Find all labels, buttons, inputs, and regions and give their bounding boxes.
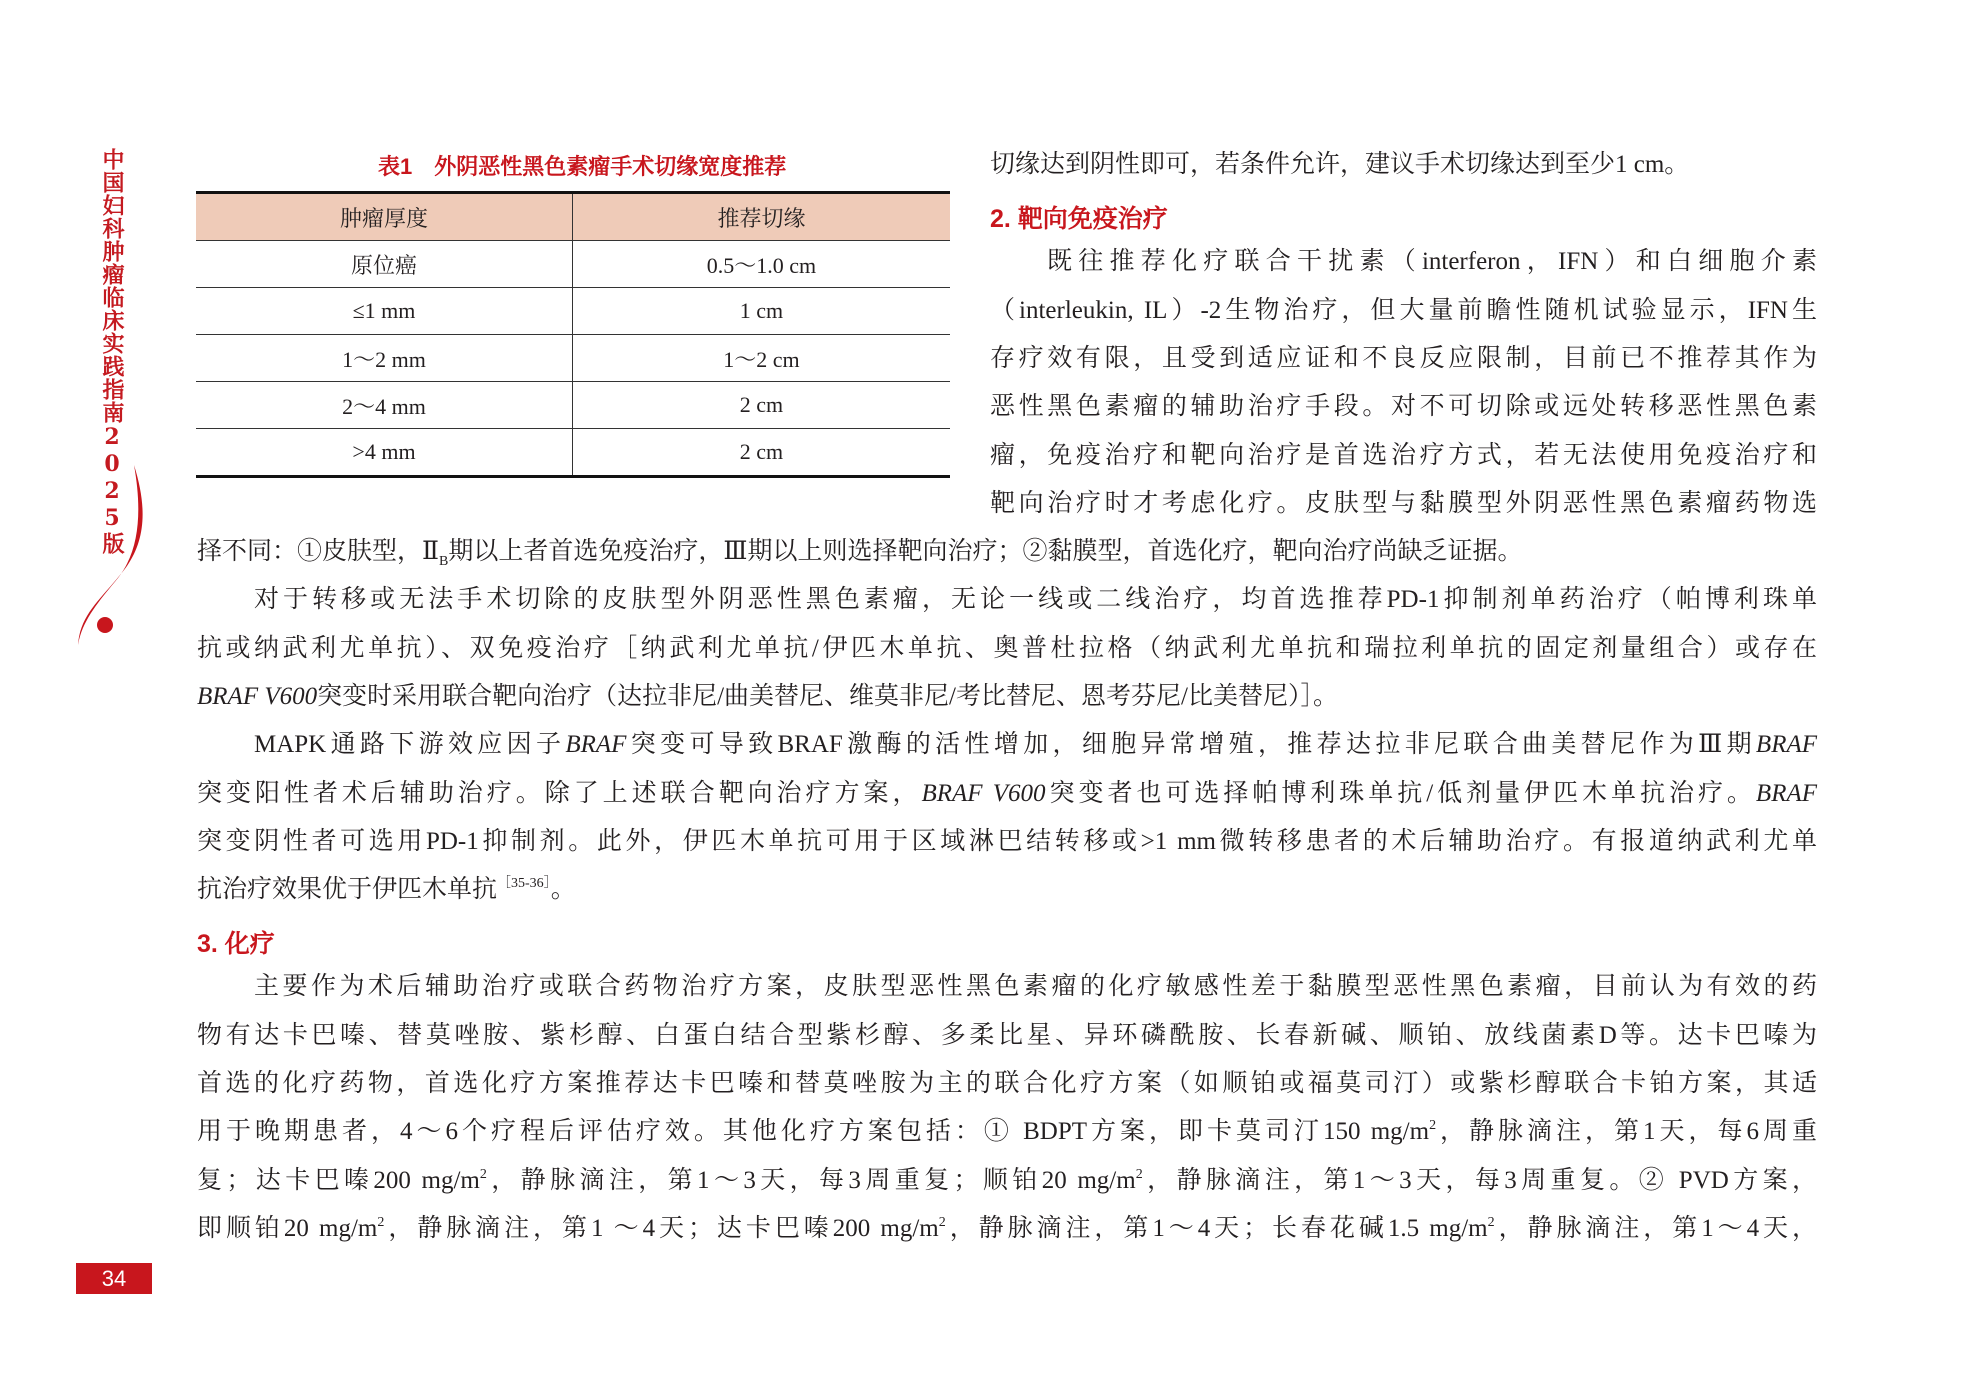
superscript: 2 bbox=[480, 1167, 487, 1182]
gene-name: BRAF V600 bbox=[921, 780, 1045, 807]
table-cell: 2 cm bbox=[573, 429, 951, 477]
body-line: 即顺铂20 mg/m2，静脉滴注，第1 ～4天；达卡巴嗪200 mg/m2，静脉… bbox=[197, 1214, 1817, 1244]
page-number-badge: 34 bbox=[76, 1263, 152, 1294]
text-run: ，静脉滴注，第1～3天，每3周重复。② PVD方案， bbox=[1143, 1167, 1817, 1194]
text-run: 即顺铂20 mg/m bbox=[197, 1215, 377, 1242]
body-line: 用于晚期患者，4～6个疗程后评估疗效。其他化疗方案包括：① BDPT方案，即卡莫… bbox=[197, 1117, 1817, 1147]
table-row: >4 mm2 cm bbox=[196, 429, 950, 477]
superscript: 2 bbox=[1136, 1167, 1143, 1182]
table-cell: 2～4 mm bbox=[196, 382, 573, 429]
body-line: 存疗效有限，且受到适应证和不良反应限制，目前已不推荐其作为 bbox=[990, 344, 1817, 374]
table-caption: 表1 外阴恶性黑色素瘤手术切缘宽度推荐 bbox=[378, 150, 828, 181]
text-run: 抗治疗效果优于伊匹木单抗 bbox=[197, 876, 497, 903]
text-run: 用于晚期患者，4～6个疗程后评估疗效。其他化疗方案包括：① BDPT方案，即卡莫… bbox=[197, 1118, 1429, 1145]
table-cell: 1 cm bbox=[573, 288, 951, 335]
decorative-curve-icon bbox=[60, 450, 160, 650]
body-line: 突变阴性者可选用PD-1抑制剂。此外，伊匹木单抗可用于区域淋巴结转移或>1 mm… bbox=[197, 827, 1817, 857]
body-line: 瘤，免疫治疗和靶向治疗是首选治疗方式，若无法使用免疫治疗和 bbox=[990, 441, 1817, 471]
text-run: MAPK通路下游效应因子 bbox=[254, 731, 565, 758]
table-row: 1～2 mm1～2 cm bbox=[196, 335, 950, 382]
text-run: 期以上者首选免疫治疗，Ⅲ期以上则选择靶向治疗；②黏膜型，首选化疗，靶向治疗尚缺乏… bbox=[448, 538, 1522, 565]
body-line: （interleukin, IL）-2生物治疗，但大量前瞻性随机试验显示，IFN… bbox=[990, 296, 1817, 326]
table-row: 2～4 mm2 cm bbox=[196, 382, 950, 429]
body-line: 对于转移或无法手术切除的皮肤型外阴恶性黑色素瘤，无论一线或二线治疗，均首选推荐P… bbox=[254, 585, 1817, 615]
body-line: 主要作为术后辅助治疗或联合药物治疗方案，皮肤型恶性黑色素瘤的化疗敏感性差于黏膜型… bbox=[254, 972, 1817, 1002]
gene-name: BRAF V600 bbox=[197, 683, 317, 710]
superscript: 2 bbox=[1488, 1215, 1495, 1230]
superscript: 2 bbox=[377, 1215, 384, 1230]
text-run: ，静脉滴注，第1 ～4天；达卡巴嗪200 mg/m bbox=[384, 1215, 938, 1242]
section-heading-targeted-immunotherapy: 2. 靶向免疫治疗 bbox=[990, 199, 1168, 235]
section-heading-chemotherapy: 3. 化疗 bbox=[197, 924, 275, 960]
superscript: 2 bbox=[1429, 1118, 1436, 1133]
text-run: 择不同：①皮肤型，Ⅱ bbox=[197, 538, 439, 565]
surgical-margin-table: 肿瘤厚度 推荐切缘 原位癌0.5～1.0 cm ≤1 mm1 cm 1～2 mm… bbox=[196, 191, 950, 478]
body-line: 切缘达到阴性即可，若条件允许，建议手术切缘达到至少1 cm。 bbox=[990, 150, 1689, 180]
body-line: 恶性黑色素瘤的辅助治疗手段。对不可切除或远处转移恶性黑色素 bbox=[990, 392, 1817, 422]
table-cell: 原位癌 bbox=[196, 241, 573, 288]
body-line: MAPK通路下游效应因子BRAF突变可导致BRAF激酶的活性增加，细胞异常增殖，… bbox=[254, 730, 1817, 760]
gene-name: BRAF bbox=[1756, 780, 1817, 807]
text-run: ，静脉滴注，第1～4天；长春花碱1.5 mg/m bbox=[946, 1215, 1488, 1242]
body-line: 既往推荐化疗联合干扰素（interferon，IFN）和白细胞介素 bbox=[1047, 247, 1817, 277]
text-run: 复；达卡巴嗪200 mg/m bbox=[197, 1167, 480, 1194]
body-line: BRAF V600突变时采用联合靶向治疗（达拉非尼/曲美替尼、维莫非尼/考比替尼… bbox=[197, 682, 1338, 712]
subscript: B bbox=[439, 554, 448, 569]
body-line: 物有达卡巴嗪、替莫唑胺、紫杉醇、白蛋白结合型紫杉醇、多柔比星、异环磷酰胺、长春新… bbox=[197, 1021, 1817, 1051]
text-run: 。 bbox=[551, 876, 576, 903]
table-cell: 1～2 mm bbox=[196, 335, 573, 382]
table-cell: 0.5～1.0 cm bbox=[573, 241, 951, 288]
text-run: 突变可导致BRAF激酶的活性增加，细胞异常增殖，推荐达拉非尼联合曲美替尼作为Ⅲ期 bbox=[626, 731, 1755, 758]
text-run: 突变阳性者术后辅助治疗。除了上述联合靶向治疗方案， bbox=[197, 780, 921, 807]
gene-name: BRAF bbox=[565, 731, 626, 758]
body-line: 择不同：①皮肤型，ⅡB期以上者首选免疫治疗，Ⅲ期以上则选择靶向治疗；②黏膜型，首… bbox=[197, 537, 1522, 577]
table-cell: >4 mm bbox=[196, 429, 573, 477]
table-cell: 1～2 cm bbox=[573, 335, 951, 382]
table-cell: 2 cm bbox=[573, 382, 951, 429]
gene-name: BRAF bbox=[1756, 731, 1817, 758]
body-line: 靶向治疗时才考虑化疗。皮肤型与黏膜型外阴恶性黑色素瘤药物选 bbox=[990, 489, 1817, 519]
text-run: ，静脉滴注，第1天，每6周重 bbox=[1436, 1118, 1817, 1145]
superscript: 2 bbox=[939, 1215, 946, 1230]
body-line: 首选的化疗药物，首选化疗方案推荐达卡巴嗪和替莫唑胺为主的联合化疗方案（如顺铂或福… bbox=[197, 1069, 1817, 1099]
table-cell: ≤1 mm bbox=[196, 288, 573, 335]
table-header-row: 肿瘤厚度 推荐切缘 bbox=[196, 193, 950, 241]
table-row: ≤1 mm1 cm bbox=[196, 288, 950, 335]
text-run: ，静脉滴注，第1～4天， bbox=[1495, 1215, 1817, 1242]
text-run: ，静脉滴注，第1～3天，每3周重复；顺铂20 mg/m bbox=[487, 1167, 1136, 1194]
citation-reference: ［35-36］ bbox=[497, 876, 551, 891]
column-header: 推荐切缘 bbox=[573, 193, 951, 241]
column-header: 肿瘤厚度 bbox=[196, 193, 573, 241]
body-line: 抗治疗效果优于伊匹木单抗［35-36］。 bbox=[197, 875, 576, 905]
text-run: 突变时采用联合靶向治疗（达拉非尼/曲美替尼、维莫非尼/考比替尼、恩考芬尼/比美替… bbox=[317, 683, 1338, 710]
body-line: 复；达卡巴嗪200 mg/m2，静脉滴注，第1～3天，每3周重复；顺铂20 mg… bbox=[197, 1166, 1817, 1196]
body-line: 抗或纳武利尤单抗）、双免疫治疗［纳武利尤单抗/伊匹木单抗、奥普杜拉格（纳武利尤单… bbox=[197, 634, 1817, 664]
body-line: 突变阳性者术后辅助治疗。除了上述联合靶向治疗方案，BRAF V600突变者也可选… bbox=[197, 779, 1817, 809]
table-row: 原位癌0.5～1.0 cm bbox=[196, 241, 950, 288]
text-run: 突变者也可选择帕博利珠单抗/低剂量伊匹木单抗治疗。 bbox=[1046, 780, 1756, 807]
